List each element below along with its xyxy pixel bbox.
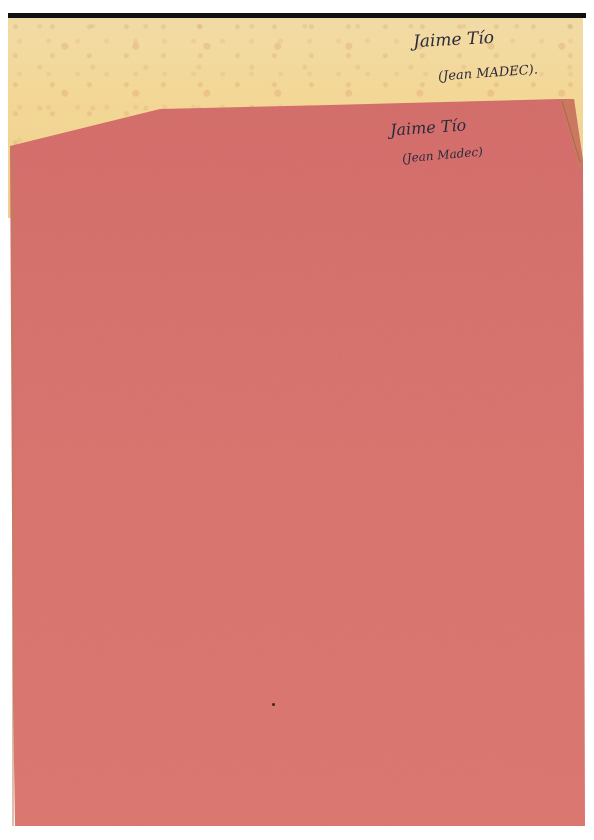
scanned-page: Jaime Tío (Jean MADEC).	[0, 0, 594, 840]
red-cover-sheet	[0, 0, 594, 840]
ink-speck	[272, 703, 275, 706]
